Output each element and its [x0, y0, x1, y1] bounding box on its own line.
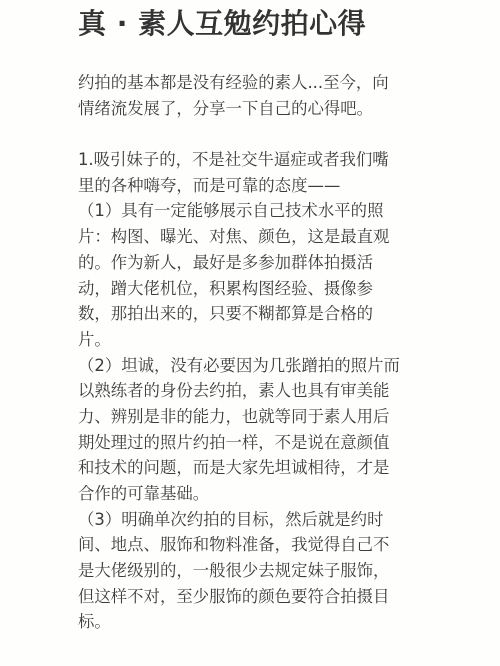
text-line: 是大佬级别的，一般很少去规定妹子服饰， — [78, 558, 438, 584]
text-line: 里的各种嗨夸，而是可靠的态度—— — [78, 173, 438, 199]
text-line: 数，那拍出来的，只要不糊都算是合格的 — [78, 301, 438, 327]
text-line: 但这样不对，至少服饰的颜色要符合拍摄目 — [78, 584, 438, 610]
text-line: 动，蹭大佬机位，积累构图经验、摄像参 — [78, 276, 438, 302]
text-line: 片。 — [78, 327, 438, 353]
section-1-heading: 1.吸引妹子的，不是社交牛逼症或者我们嘴 里的各种嗨夸，而是可靠的态度—— — [78, 147, 438, 198]
text-line: 1.吸引妹子的，不是社交牛逼症或者我们嘴 — [78, 147, 438, 173]
text-line: 情绪流发展了，分享一下自己的心得吧。 — [78, 96, 438, 122]
text-line: 约拍的基本都是没有经验的素人...至今，向 — [78, 70, 438, 96]
text-line: 期处理过的照片约拍一样，不是说在意颜值 — [78, 430, 438, 456]
intro-paragraph: 约拍的基本都是没有经验的素人...至今，向 情绪流发展了，分享一下自己的心得吧。 — [78, 70, 438, 121]
text-line: （1）具有一定能够展示自己技术水平的照 — [78, 198, 438, 224]
point-1-paragraph: （1）具有一定能够展示自己技术水平的照 片：构图、曝光、对焦、颜色，这是最直观 … — [78, 198, 438, 352]
text-line: 以熟练者的身份去约拍，素人也具有审美能 — [78, 378, 438, 404]
text-line: 间、地点、服饰和物料准备，我觉得自己不 — [78, 532, 438, 558]
text-line: 片：构图、曝光、对焦、颜色，这是最直观 — [78, 224, 438, 250]
text-line: 和技术的问题，而是大家先坦诚相待，才是 — [78, 455, 438, 481]
point-2-paragraph: （2）坦诚，没有必要因为几张蹭拍的照片而 以熟练者的身份去约拍，素人也具有审美能… — [78, 353, 438, 507]
paragraph-gap — [78, 121, 438, 147]
article-title: 真 · 素人互勉约拍心得 — [78, 6, 366, 42]
article-body: 约拍的基本都是没有经验的素人...至今，向 情绪流发展了，分享一下自己的心得吧。… — [78, 70, 438, 635]
text-line: 标。 — [78, 609, 438, 635]
text-line: 合作的可靠基础。 — [78, 481, 438, 507]
point-3-paragraph: （3）明确单次约拍的目标，然后就是约时 间、地点、服饰和物料准备，我觉得自己不 … — [78, 507, 438, 635]
text-line: （2）坦诚，没有必要因为几张蹭拍的照片而 — [78, 353, 438, 379]
text-line: （3）明确单次约拍的目标，然后就是约时 — [78, 507, 438, 533]
text-line: 力、辨别是非的能力，也就等同于素人用后 — [78, 404, 438, 430]
text-line: 的。作为新人，最好是多参加群体拍摄活 — [78, 250, 438, 276]
